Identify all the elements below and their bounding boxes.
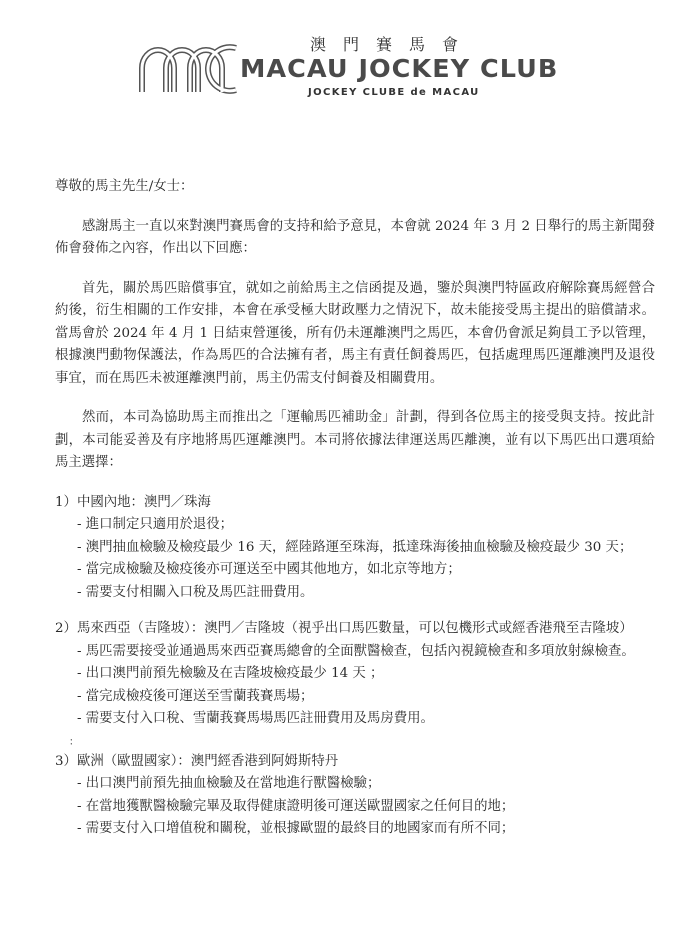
option-title-text: 歐洲（歐盟國家）：澳門經香港到阿姆斯特丹 [77, 754, 338, 769]
option-title: 2）馬來西亞（吉隆坡）：澳門／吉隆坡（視乎出口馬匹數量，可以包機形式或經香港飛至… [55, 618, 655, 641]
option-europe: 3）歐洲（歐盟國家）：澳門經香港到阿姆斯特丹 出口澳門前預先抽血檢驗及在當地進行… [55, 751, 655, 841]
list-item: 出口澳門前預先檢驗及在吉隆坡檢疫最少 14 天 ； [77, 663, 655, 686]
list-item: 需要支付相關入口稅及馬匹註冊費用。 [77, 582, 655, 605]
option-bullets: 出口澳門前預先抽血檢驗及在當地進行獸醫檢驗； 在當地獲獸醫檢驗完畢及取得健康證明… [55, 773, 655, 841]
option-bullets: 馬匹需要接受並通過馬來西亞賽馬總會的全面獸醫檢查，包括內視鏡檢查和多項放射線檢查… [55, 641, 655, 731]
option-title: 3）歐洲（歐盟國家）：澳門經香港到阿姆斯特丹 [55, 751, 655, 774]
list-item: 進口制定只適用於退役； [77, 514, 655, 537]
option-number: 2） [55, 618, 77, 641]
org-name-portuguese: JOCKEY CLUBE de MACAU [308, 87, 480, 98]
list-item: 當完成檢驗及檢疫後亦可運送至中國其他地方，如北京等地方； [77, 559, 655, 582]
paragraph-subsidy: 然而，本司為協助馬主而推出之「運輸馬匹補助金」計劃，得到各位馬主的接受與支持。按… [55, 407, 655, 475]
list-item: 澳門抽血檢驗及檢疫最少 16 天，經陸路運至珠海，抵達珠海後抽血檢驗及檢疫最少 … [77, 537, 655, 560]
horseshoes-logo-icon [136, 38, 238, 96]
letter-body: 尊敬的馬主先生/女士： 感謝馬主一直以來對澳門賽馬會的支持和給予意見，本會就 2… [55, 176, 655, 855]
option-number: 3） [55, 751, 77, 774]
paragraph-thanks: 感謝馬主一直以來對澳門賽馬會的支持和給予意見，本會就 2024 年 3 月 2 … [55, 216, 655, 261]
option-title-text: 中國內地：澳門／珠海 [77, 495, 211, 510]
option-mainland-china: 1）中國內地：澳門／珠海 進口制定只適用於退役； 澳門抽血檢驗及檢疫最少 16 … [55, 492, 655, 605]
option-number: 1） [55, 492, 77, 515]
list-item: 需要支付入口稅、雪蘭莪賽馬場馬匹註冊費用及馬房費用。 [77, 708, 655, 731]
list-item: 馬匹需要接受並通過馬來西亞賽馬總會的全面獸醫檢查，包括內視鏡檢查和多項放射線檢查… [77, 641, 655, 664]
stray-mark: ： [69, 735, 655, 751]
option-title-text: 馬來西亞（吉隆坡）：澳門／吉隆坡（視乎出口馬匹數量，可以包機形式或經香港飛至吉隆… [77, 621, 633, 636]
list-item: 在當地獲獸醫檢驗完畢及取得健康證明後可運送歐盟國家之任何目的地； [77, 796, 655, 819]
list-item: 出口澳門前預先抽血檢驗及在當地進行獸醫檢驗； [77, 773, 655, 796]
paragraph-compensation: 首先，關於馬匹賠償事宜，就如之前給馬主之信函提及過，鑒於與澳門特區政府解除賽馬經… [55, 278, 655, 391]
org-name-chinese: 澳門賽馬會 [310, 32, 475, 55]
salutation: 尊敬的馬主先生/女士： [55, 176, 655, 199]
org-name-english: MACAU JOCKEY CLUB [240, 54, 558, 83]
list-item: 當完成檢疫後可運送至雪蘭莪賽馬場； [77, 686, 655, 709]
list-item: 需要支付入口增值稅和關稅，並根據歐盟的最終目的地國家而有所不同； [77, 818, 655, 841]
letterhead: 澳門賽馬會 MACAU JOCKEY CLUB JOCKEY CLUBE de … [130, 28, 560, 98]
option-bullets: 進口制定只適用於退役； 澳門抽血檢驗及檢疫最少 16 天，經陸路運至珠海，抵達珠… [55, 514, 655, 604]
option-malaysia: 2）馬來西亞（吉隆坡）：澳門／吉隆坡（視乎出口馬匹數量，可以包機形式或經香港飛至… [55, 618, 655, 731]
option-title: 1）中國內地：澳門／珠海 [55, 492, 655, 515]
